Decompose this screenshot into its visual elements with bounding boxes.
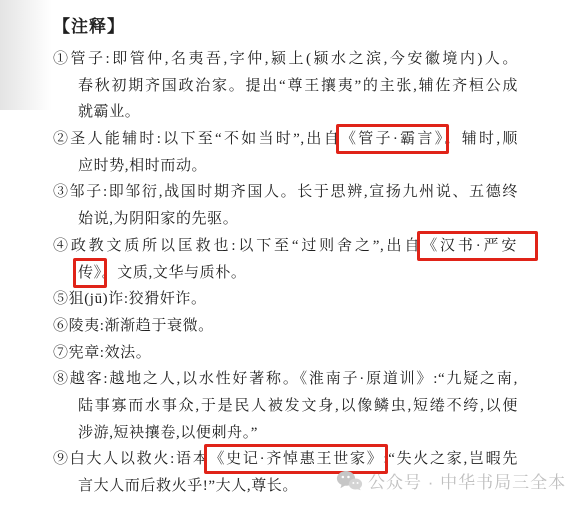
note-text: ⑦宪章:效法。: [53, 345, 151, 361]
note-line: 春秋初期齐国政治家。提出“尊王攘夷”的主张,辅佐齐桓公成: [53, 73, 518, 100]
watermark: 公众号 · 中华书局三全本: [336, 468, 566, 493]
note-text: 涉游,短袂攘卷,以便刺舟。”: [78, 425, 258, 441]
note-text: 春秋初期齐国政治家。提出“尊王攘夷”的主张,辅佐齐桓公成: [78, 78, 518, 94]
scanned-page: 【注释】 ①管子:即管仲,名夷吾,字仲,颍上(颍水之滨,今安徽境内)人。春秋初期…: [0, 0, 567, 506]
note-text: 。辅时,顺: [444, 131, 518, 147]
note-line: 传》。文质,文华与质朴。: [53, 260, 518, 287]
note-text: ⑤狙(jū)诈:狡猾奸诈。: [53, 291, 207, 307]
note-text: ⑨白大人以救火:语本: [53, 451, 209, 467]
note-text: ④政教文质所以匡救也:以下至“过则舍之”,出自: [53, 238, 422, 254]
note-text: ⑧越客:越地之人,以水性好著称。《淮南子·原道训》:“九疑之南,: [53, 371, 518, 387]
wechat-icon: [336, 470, 363, 491]
note-line: ⑥陵夷:渐渐趋于衰微。: [53, 313, 518, 340]
note-text: ⑥陵夷:渐渐趋于衰微。: [53, 318, 214, 334]
note-line: ③邹子:即邹衍,战国时期齐国人。长于思辨,宣扬九州说、五德终: [53, 179, 518, 206]
scan-shadow: [0, 0, 52, 110]
note-line: ⑤狙(jū)诈:狡猾奸诈。: [53, 286, 518, 313]
note-line: ⑦宪章:效法。: [53, 340, 518, 367]
note-line: ②圣人能辅时:以下至“不如当时”,出自《管子·霸言》。辅时,顺: [53, 126, 518, 153]
note-line: ④政教文质所以匡救也:以下至“过则舍之”,出自《汉书·严安: [53, 233, 518, 260]
note-line: 涉游,短袂攘卷,以便刺舟。”: [53, 420, 518, 447]
note-text: 应时势,相时而动。: [78, 158, 207, 174]
note-line: 陆事寡而水事众,于是民人被发文身,以像鳞虫,短绻不绔,以便: [53, 393, 518, 420]
note-text: 。文质,文华与质朴。: [102, 265, 247, 281]
note-line: 应时势,相时而动。: [53, 153, 518, 180]
note-line: ⑧越客:越地之人,以水性好著称。《淮南子·原道训》:“九疑之南,: [53, 366, 518, 393]
note-text: 就霸业。: [78, 104, 140, 120]
note-text: ①管子:即管仲,名夷吾,字仲,颍上(颍水之滨,今安徽境内)人。: [53, 51, 518, 67]
note-text: ②圣人能辅时:以下至“不如当时”,出自: [53, 131, 341, 147]
note-line: 始说,为阴阳家的先驱。: [53, 206, 518, 233]
note-text: 言大人而后救火乎!”大人,尊长。: [78, 478, 298, 494]
annotations-block: 【注释】 ①管子:即管仲,名夷吾,字仲,颍上(颍水之滨,今安徽境内)人。春秋初期…: [53, 12, 518, 500]
note-text: :“失火之家,岂暇先: [383, 451, 518, 467]
highlight-box: 《管子·霸言》: [336, 124, 450, 154]
note-line: ①管子:即管仲,名夷吾,字仲,颍上(颍水之滨,今安徽境内)人。: [53, 46, 518, 73]
note-text: 陆事寡而水事众,于是民人被发文身,以像鳞虫,短绻不绔,以便: [78, 398, 518, 414]
notes-body: ①管子:即管仲,名夷吾,字仲,颍上(颍水之滨,今安徽境内)人。春秋初期齐国政治家…: [53, 46, 518, 500]
watermark-text: 公众号 · 中华书局三全本: [368, 468, 566, 493]
note-text: ③邹子:即邹衍,战国时期齐国人。长于思辨,宣扬九州说、五德终: [53, 184, 518, 200]
highlight-box: 《汉书·严安: [417, 231, 538, 261]
highlight-box: 传》: [73, 258, 107, 288]
note-text: 始说,为阴阳家的先驱。: [78, 211, 238, 227]
annotations-header: 【注释】: [53, 12, 518, 42]
note-line: 就霸业。: [53, 99, 518, 126]
